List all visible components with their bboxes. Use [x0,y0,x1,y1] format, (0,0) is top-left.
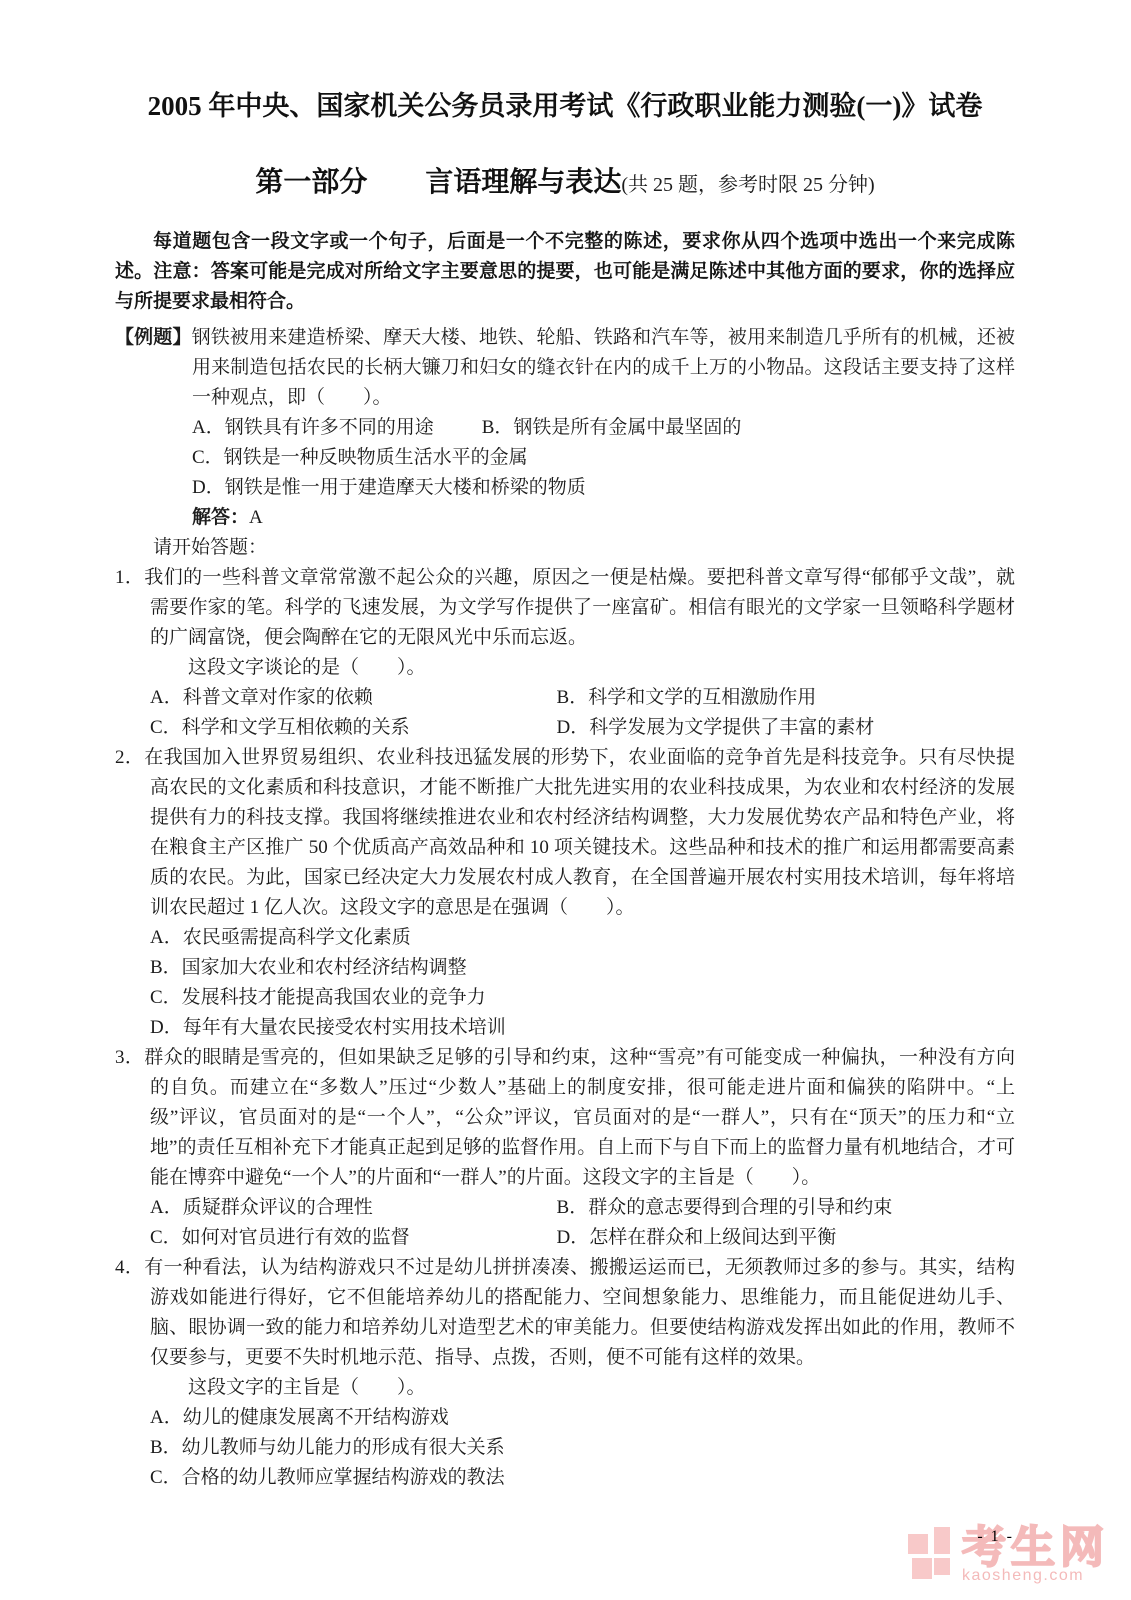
question-number: 4． [115,1257,144,1278]
example-option-d: D．钢铁是惟一用于建造摩天大楼和桥梁的物质 [192,473,1015,503]
section-part-meta: (共 25 题，参考时限 25 分钟) [621,174,874,196]
question-options: A．质疑群众评议的合理性 B．群众的意志要得到合理的引导和约束 C．如何对官员进… [150,1193,1015,1253]
section-part-label: 第一部分 [255,167,367,198]
section-part-name: 言语理解与表达 [425,167,621,198]
option-item: A．质疑群众评议的合理性 [150,1193,557,1223]
question-number: 2． [115,747,144,768]
watermark-brand-en: kaosheng.com [962,1568,1109,1584]
question-prompt: 这段文字的主旨是（ ）。 [150,1373,1015,1403]
question-text: 3．群众的眼睛是雪亮的，但如果缺乏足够的引导和约束，这种“雪亮”有可能变成一种偏… [115,1043,1015,1193]
section-heading: 第一部分言语理解与表达(共 25 题，参考时限 25 分钟) [115,168,1015,201]
question-text: 4．有一种看法，认为结构游戏只不过是幼儿拼拼凑凑、搬搬运运而已，无须教师过多的参… [115,1253,1015,1373]
question-number: 1． [115,567,144,588]
question-text: 1．我们的一些科普文章常常激不起公众的兴趣，原因之一便是枯燥。要把科普文章写得“… [115,563,1015,653]
question-body-text: 在我国加入世界贸易组织、农业科技迅猛发展的形势下，农业面临的竞争首先是科技竞争。… [144,747,1015,918]
question-options: A．科普文章对作家的依赖 B．科学和文学的互相激励作用 C．科学和文学互相依赖的… [150,683,1015,743]
example-text: 【例题】钢铁被用来建造桥梁、摩天大楼、地铁、轮船、铁路和汽车等，被用来制造几乎所… [192,323,1015,413]
example-answer: 解答：A [192,503,1015,533]
question-options: A．农民亟需提高科学文化素质 B．国家加大农业和农村经济结构调整 C．发展科技才… [150,923,1015,1043]
example-option-c: C．钢铁是一种反映物质生活水平的金属 [192,443,1015,473]
example-option-a: A．钢铁具有许多不同的用途 [192,413,434,443]
question-options: A．幼儿的健康发展离不开结构游戏 B．幼儿教师与幼儿能力的形成有很大关系 C．合… [150,1403,1015,1493]
option-item: B．幼儿教师与幼儿能力的形成有很大关系 [150,1433,1015,1463]
option-item: D．每年有大量农民接受农村实用技术培训 [150,1013,1015,1043]
example-answer-label: 解答： [192,507,249,528]
example-answer-value: A [249,507,263,528]
exam-page: 2005 年中央、国家机关公务员录用考试《行政职业能力测验(一)》试卷 第一部分… [0,0,1131,1600]
question-text: 2．在我国加入世界贸易组织、农业科技迅猛发展的形势下，农业面临的竞争首先是科技竞… [115,743,1015,923]
option-item: A．科普文章对作家的依赖 [150,683,557,713]
example-block: 【例题】钢铁被用来建造桥梁、摩天大楼、地铁、轮船、铁路和汽车等，被用来制造几乎所… [115,323,1015,533]
example-body-text: 钢铁被用来建造桥梁、摩天大楼、地铁、轮船、铁路和汽车等，被用来制造几乎所有的机械… [192,327,1015,408]
page-number: - 1 - [977,1522,1014,1552]
option-item: C．科学和文学互相依赖的关系 [150,713,557,743]
option-item: D．科学发展为文学提供了丰富的素材 [557,713,1015,743]
example-option-b: B．钢铁是所有金属中最坚固的 [482,413,742,443]
option-item: B．群众的意志要得到合理的引导和约束 [557,1193,1015,1223]
question-body-text: 我们的一些科普文章常常激不起公众的兴趣，原因之一便是枯燥。要把科普文章写得“郁郁… [144,567,1015,648]
option-item: C．合格的幼儿教师应掌握结构游戏的教法 [150,1463,1015,1493]
question-body-text: 有一种看法，认为结构游戏只不过是幼儿拼拼凑凑、搬搬运运而已，无须教师过多的参与。… [144,1257,1015,1368]
kaosheng-logo-icon [908,1527,954,1579]
option-item: B．国家加大农业和农村经济结构调整 [150,953,1015,983]
option-item: A．幼儿的健康发展离不开结构游戏 [150,1403,1015,1433]
begin-prompt: 请开始答题： [115,533,1015,563]
question-1: 1．我们的一些科普文章常常激不起公众的兴趣，原因之一便是枯燥。要把科普文章写得“… [115,563,1015,743]
question-3: 3．群众的眼睛是雪亮的，但如果缺乏足够的引导和约束，这种“雪亮”有可能变成一种偏… [115,1043,1015,1253]
question-number: 3． [115,1047,144,1068]
option-item: B．科学和文学的互相激励作用 [557,683,1015,713]
question-body-text: 群众的眼睛是雪亮的，但如果缺乏足够的引导和约束，这种“雪亮”有可能变成一种偏执，… [144,1047,1015,1188]
example-label: 【例题】 [115,327,192,348]
question-4: 4．有一种看法，认为结构游戏只不过是幼儿拼拼凑凑、搬搬运运而已，无须教师过多的参… [115,1253,1015,1493]
option-item: C．如何对官员进行有效的监督 [150,1223,557,1253]
option-item: C．发展科技才能提高我国农业的竞争力 [150,983,1015,1013]
option-item: A．农民亟需提高科学文化素质 [150,923,1015,953]
question-2: 2．在我国加入世界贸易组织、农业科技迅猛发展的形势下，农业面临的竞争首先是科技竞… [115,743,1015,1043]
option-item: D．怎样在群众和上级间达到平衡 [557,1223,1015,1253]
question-prompt: 这段文字谈论的是（ ）。 [150,653,1015,683]
page-title: 2005 年中央、国家机关公务员录用考试《行政职业能力测验(一)》试卷 [115,88,1015,124]
instructions-paragraph: 每道题包含一段文字或一个句子，后面是一个不完整的陈述，要求你从四个选项中选出一个… [115,227,1015,317]
example-options-row: A．钢铁具有许多不同的用途 B．钢铁是所有金属中最坚固的 [192,413,1015,443]
